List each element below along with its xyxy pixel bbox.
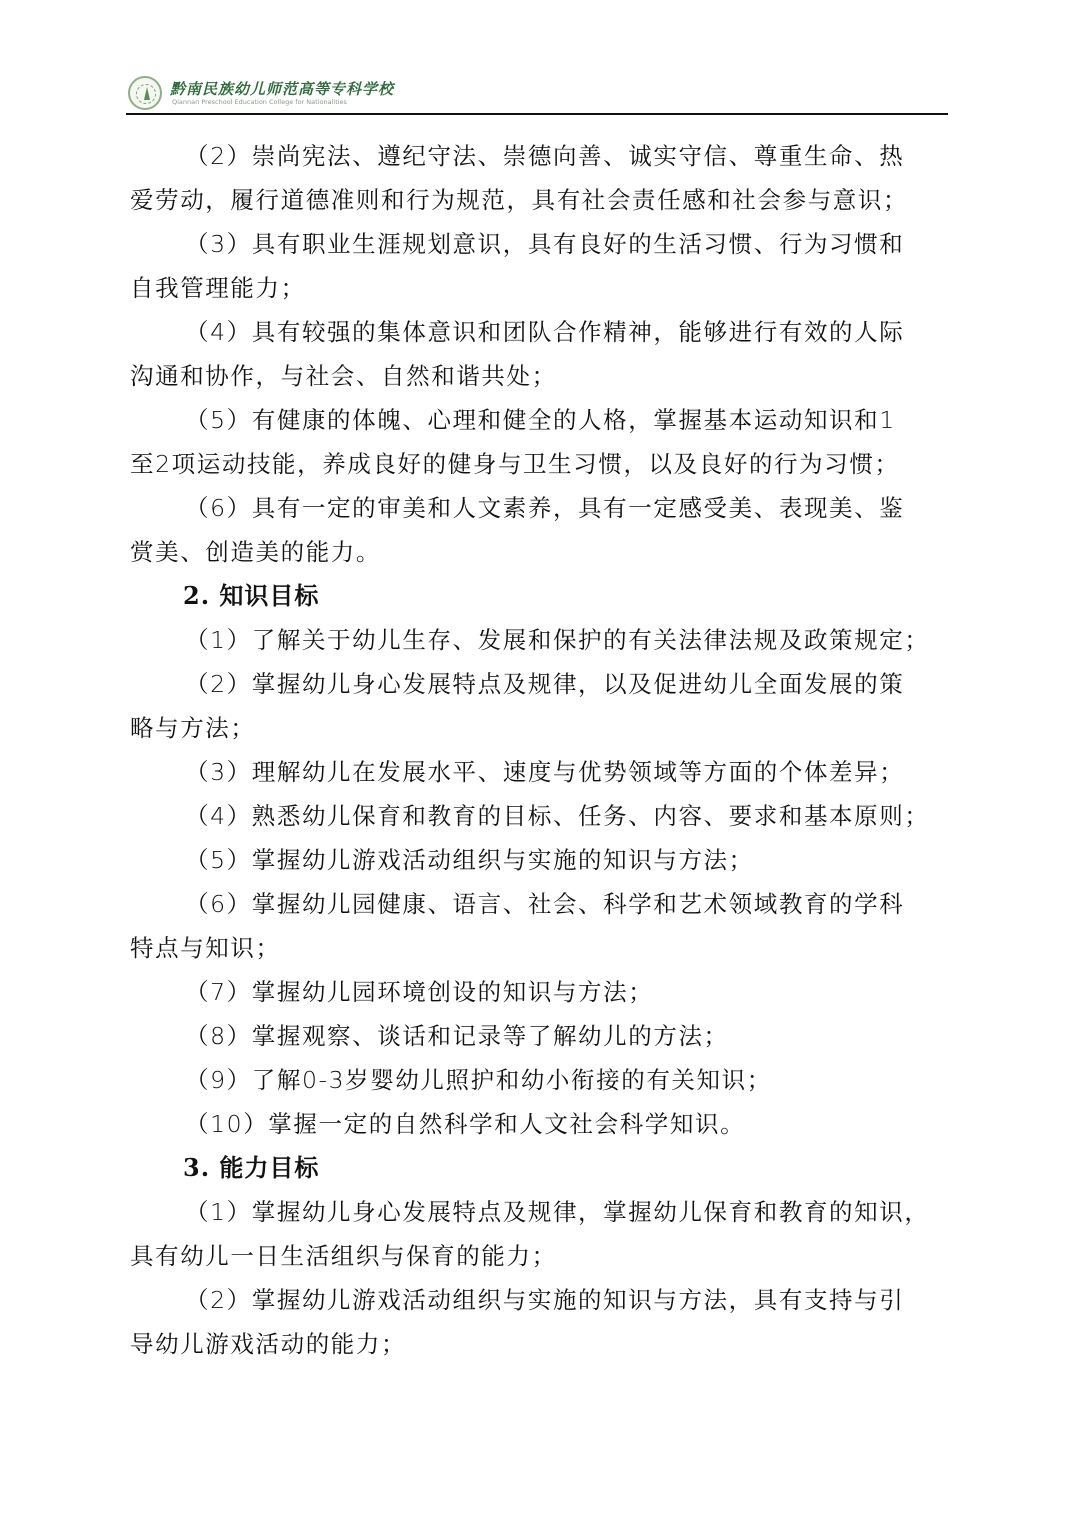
text-line: （6）具有一定的审美和人文素养，具有一定感受美、表现美、鉴 [130,486,946,530]
paragraph-item: （2）崇尚宪法、遵纪守法、崇德向善、诚实守信、尊重生命、热 爱劳动，履行道德准则… [130,134,946,222]
text-line: （8）掌握观察、谈话和记录等了解幼儿的方法； [130,1014,946,1058]
text-line: 至2项运动技能，养成良好的健身与卫生习惯，以及良好的行为习惯； [130,442,946,486]
text-line: （5）掌握幼儿游戏活动组织与实施的知识与方法； [130,838,946,882]
text-line: （2）掌握幼儿游戏活动组织与实施的知识与方法，具有支持与引 [130,1278,946,1322]
school-name-en: Qiannan Preschool Education College for … [172,98,347,106]
text-line: （5）有健康的体魄、心理和健全的人格，掌握基本运动知识和1 [130,398,946,442]
text-line: 自我管理能力； [130,266,946,310]
text-line: 沟通和协作，与社会、自然和谐共处； [130,354,946,398]
text-line: （4）具有较强的集体意识和团队合作精神，能够进行有效的人际 [130,310,946,354]
text-line: 赏美、创造美的能力。 [130,530,946,574]
paragraph-item: （2）掌握幼儿游戏活动组织与实施的知识与方法，具有支持与引 导幼儿游戏活动的能力… [130,1278,946,1366]
text-line: 具有幼儿一日生活组织与保育的能力； [130,1234,946,1278]
section-heading-ability: 3. 能力目标 [130,1146,946,1190]
text-line: 略与方法； [130,706,946,750]
text-line: （3）具有职业生涯规划意识，具有良好的生活习惯、行为习惯和 [130,222,946,266]
text-line: （1）了解关于幼儿生存、发展和保护的有关法律法规及政策规定； [130,618,946,662]
text-line: （3）理解幼儿在发展水平、速度与优势领域等方面的个体差异； [130,750,946,794]
paragraph-item: （9）了解0-3岁婴幼儿照护和幼小衔接的有关知识； [130,1058,946,1102]
paragraph-item: （6）掌握幼儿园健康、语言、社会、科学和艺术领域教育的学科 特点与知识； [130,882,946,970]
paragraph-item: （7）掌握幼儿园环境创设的知识与方法； [130,970,946,1014]
text-line: （6）掌握幼儿园健康、语言、社会、科学和艺术领域教育的学科 [130,882,946,926]
paragraph-item: （1）了解关于幼儿生存、发展和保护的有关法律法规及政策规定； [130,618,946,662]
school-emblem-icon [128,76,162,110]
text-line: （2）掌握幼儿身心发展特点及规律，以及促进幼儿全面发展的策 [130,662,946,706]
text-line: 导幼儿游戏活动的能力； [130,1322,946,1366]
paragraph-item: （1）掌握幼儿身心发展特点及规律，掌握幼儿保育和教育的知识， 具有幼儿一日生活组… [130,1190,946,1278]
text-line: （10）掌握一定的自然科学和人文社会科学知识。 [130,1102,946,1146]
paragraph-item: （5）有健康的体魄、心理和健全的人格，掌握基本运动知识和1 至2项运动技能，养成… [130,398,946,486]
text-line: （1）掌握幼儿身心发展特点及规律，掌握幼儿保育和教育的知识， [130,1190,946,1234]
text-line: （2）崇尚宪法、遵纪守法、崇德向善、诚实守信、尊重生命、热 [130,134,946,178]
section-heading-knowledge: 2. 知识目标 [130,574,946,618]
document-body: （2）崇尚宪法、遵纪守法、崇德向善、诚实守信、尊重生命、热 爱劳动，履行道德准则… [130,134,946,1366]
paragraph-item: （2）掌握幼儿身心发展特点及规律，以及促进幼儿全面发展的策 略与方法； [130,662,946,750]
text-line: （9）了解0-3岁婴幼儿照护和幼小衔接的有关知识； [130,1058,946,1102]
header-divider [126,113,948,115]
paragraph-item: （8）掌握观察、谈话和记录等了解幼儿的方法； [130,1014,946,1058]
page-header: 黔南民族幼儿师范高等专科学校 Qiannan Preschool Educati… [126,74,948,114]
text-line: （4）熟悉幼儿保育和教育的目标、任务、内容、要求和基本原则； [130,794,946,838]
paragraph-item: （10）掌握一定的自然科学和人文社会科学知识。 [130,1102,946,1146]
paragraph-item: （5）掌握幼儿游戏活动组织与实施的知识与方法； [130,838,946,882]
paragraph-item: （4）熟悉幼儿保育和教育的目标、任务、内容、要求和基本原则； [130,794,946,838]
paragraph-item: （3）具有职业生涯规划意识，具有良好的生活习惯、行为习惯和 自我管理能力； [130,222,946,310]
paragraph-item: （6）具有一定的审美和人文素养，具有一定感受美、表现美、鉴 赏美、创造美的能力。 [130,486,946,574]
school-name-cn: 黔南民族幼儿师范高等专科学校 [170,78,394,99]
text-line: 爱劳动，履行道德准则和行为规范，具有社会责任感和社会参与意识； [130,178,946,222]
text-line: 特点与知识； [130,926,946,970]
text-line: （7）掌握幼儿园环境创设的知识与方法； [130,970,946,1014]
paragraph-item: （4）具有较强的集体意识和团队合作精神，能够进行有效的人际 沟通和协作，与社会、… [130,310,946,398]
paragraph-item: （3）理解幼儿在发展水平、速度与优势领域等方面的个体差异； [130,750,946,794]
